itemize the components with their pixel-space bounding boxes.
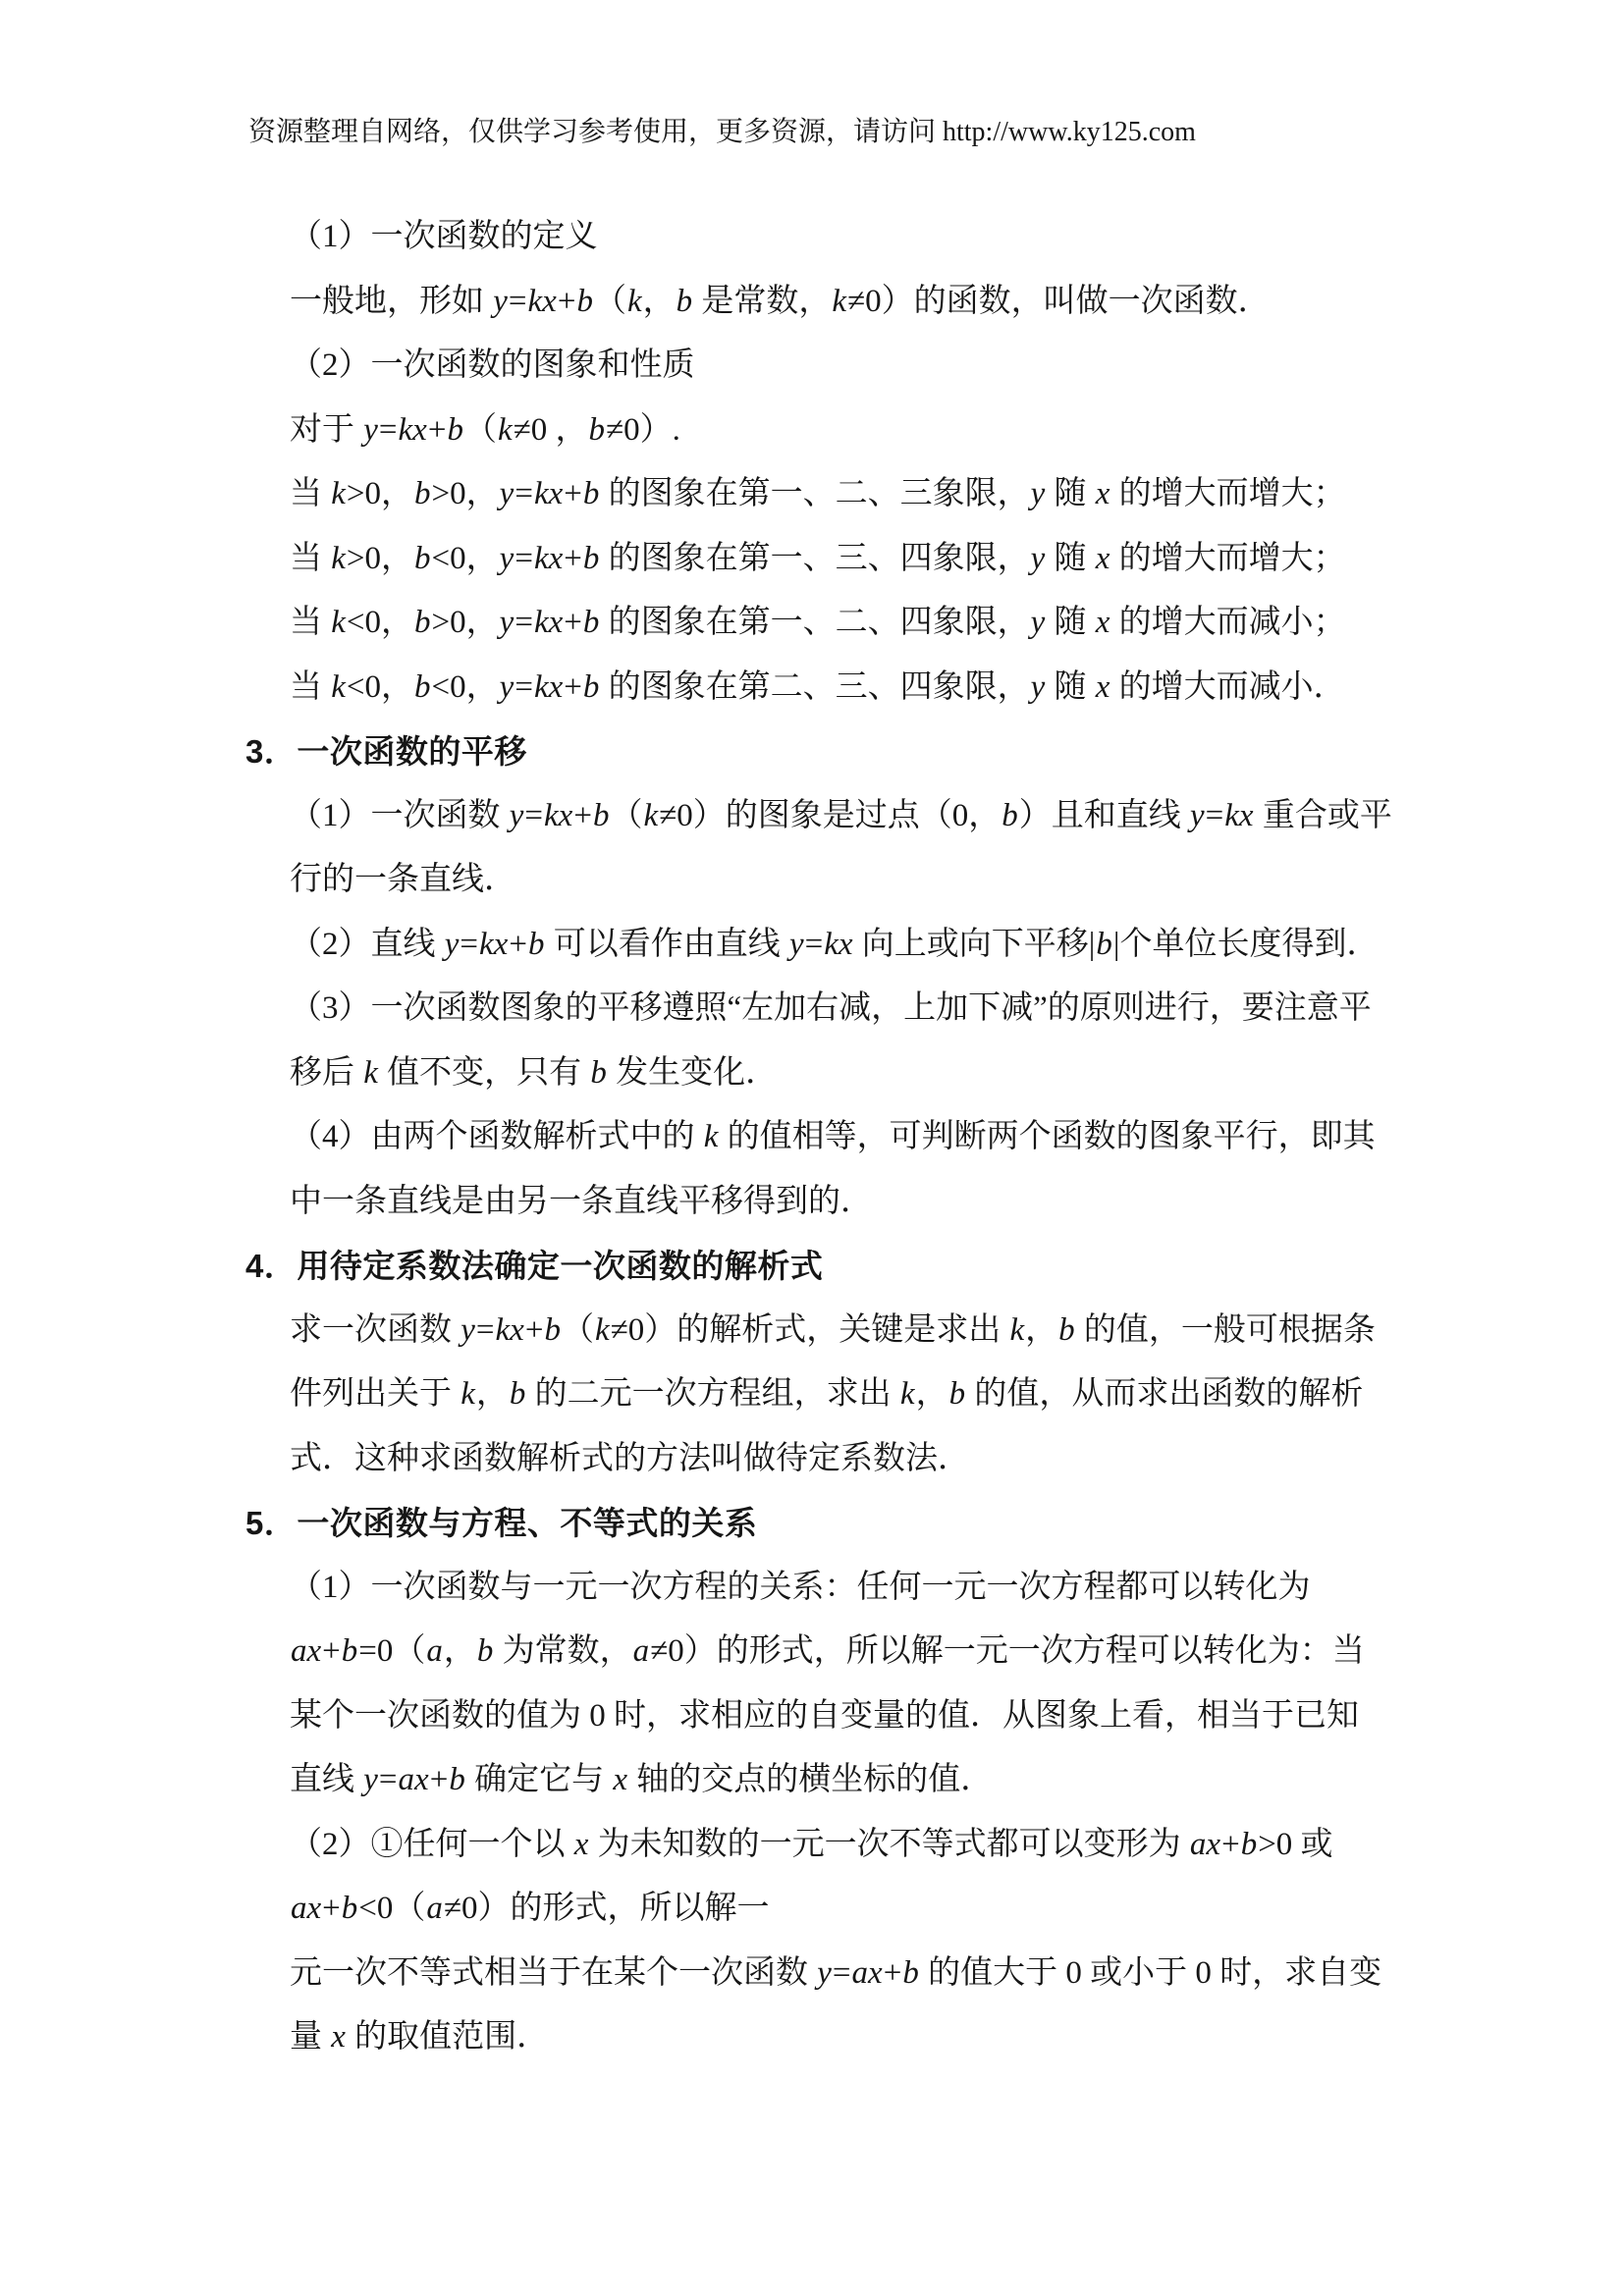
paragraph-line: 当 k>0，b>0，y=kx+b 的图象在第一、二、三象限，y 随 x 的增大而… xyxy=(245,462,1502,527)
paragraph-line: （2）直线 y=kx+b 可以看作由直线 y=kx 向上或向下平移|b|个单位长… xyxy=(245,913,1502,978)
paragraph-line: 当 k<0，b>0，y=kx+b 的图象在第一、二、四象限，y 随 x 的增大而… xyxy=(245,591,1502,656)
paragraph-line: ax+b<0（a≠0）的形式，所以解一 xyxy=(245,1877,1502,1942)
paragraph-line: 中一条直线是由另一条直线平移得到的． xyxy=(245,1170,1502,1235)
paragraph-line: （2）①任何一个以 x 为未知数的一元一次不等式都可以变形为 ax+b>0 或 xyxy=(245,1813,1502,1878)
document-body: （1）一次函数的定义一般地，形如 y=kx+b（k，b 是常数，k≠0）的函数，… xyxy=(245,205,1502,2070)
paragraph-line: 直线 y=ax+b 确定它与 x 轴的交点的横坐标的值． xyxy=(245,1748,1502,1813)
paragraph-line: （1）一次函数的定义 xyxy=(245,205,1502,270)
paragraph-line: 行的一条直线． xyxy=(245,848,1502,913)
paragraph-line: 当 k>0，b<0，y=kx+b 的图象在第一、三、四象限，y 随 x 的增大而… xyxy=(245,527,1502,592)
paragraph-line: 一般地，形如 y=kx+b（k，b 是常数，k≠0）的函数，叫做一次函数． xyxy=(245,270,1502,335)
section-heading: 5．一次函数与方程、不等式的关系 xyxy=(245,1491,1502,1556)
paragraph-line: （1）一次函数与一元一次方程的关系：任何一元一次方程都可以转化为 xyxy=(245,1556,1502,1621)
paragraph-line: （4）由两个函数解析式中的 k 的值相等，可判断两个函数的图象平行，即其 xyxy=(245,1105,1502,1170)
paragraph-line: 对于 y=kx+b（k≠0 ，b≠0）. xyxy=(245,399,1502,463)
paragraph-line: 量 x 的取值范围． xyxy=(245,2005,1502,2070)
section-heading: 3．一次函数的平移 xyxy=(245,720,1502,784)
document-page: 资源整理自网络，仅供学习参考使用，更多资源，请访问 http://www.ky1… xyxy=(0,0,1624,2296)
paragraph-line: 件列出关于 k，b 的二元一次方程组，求出 k，b 的值，从而求出函数的解析 xyxy=(245,1362,1502,1427)
page-header-note: 资源整理自网络，仅供学习参考使用，更多资源，请访问 http://www.ky1… xyxy=(248,114,1196,151)
paragraph-line: 某个一次函数的值为 0 时，求相应的自变量的值．从图象上看，相当于已知 xyxy=(245,1684,1502,1749)
section-heading: 4．用待定系数法确定一次函数的解析式 xyxy=(245,1234,1502,1299)
paragraph-line: （2）一次函数的图象和性质 xyxy=(245,334,1502,399)
paragraph-line: 当 k<0，b<0，y=kx+b 的图象在第二、三、四象限，y 随 x 的增大而… xyxy=(245,656,1502,721)
paragraph-line: 式．这种求函数解析式的方法叫做待定系数法． xyxy=(245,1427,1502,1492)
paragraph-line: 元一次不等式相当于在某个一次函数 y=ax+b 的值大于 0 或小于 0 时，求… xyxy=(245,1942,1502,2006)
paragraph-line: （1）一次函数 y=kx+b（k≠0）的图象是过点（0，b）且和直线 y=kx … xyxy=(245,784,1502,849)
paragraph-line: 移后 k 值不变，只有 b 发生变化． xyxy=(245,1041,1502,1106)
paragraph-line: ax+b=0（a，b 为常数，a≠0）的形式，所以解一元一次方程可以转化为：当 xyxy=(245,1620,1502,1684)
paragraph-line: 求一次函数 y=kx+b（k≠0）的解析式，关键是求出 k，b 的值，一般可根据… xyxy=(245,1299,1502,1363)
paragraph-line: （3）一次函数图象的平移遵照“左加右减，上加下减”的原则进行，要注意平 xyxy=(245,977,1502,1041)
